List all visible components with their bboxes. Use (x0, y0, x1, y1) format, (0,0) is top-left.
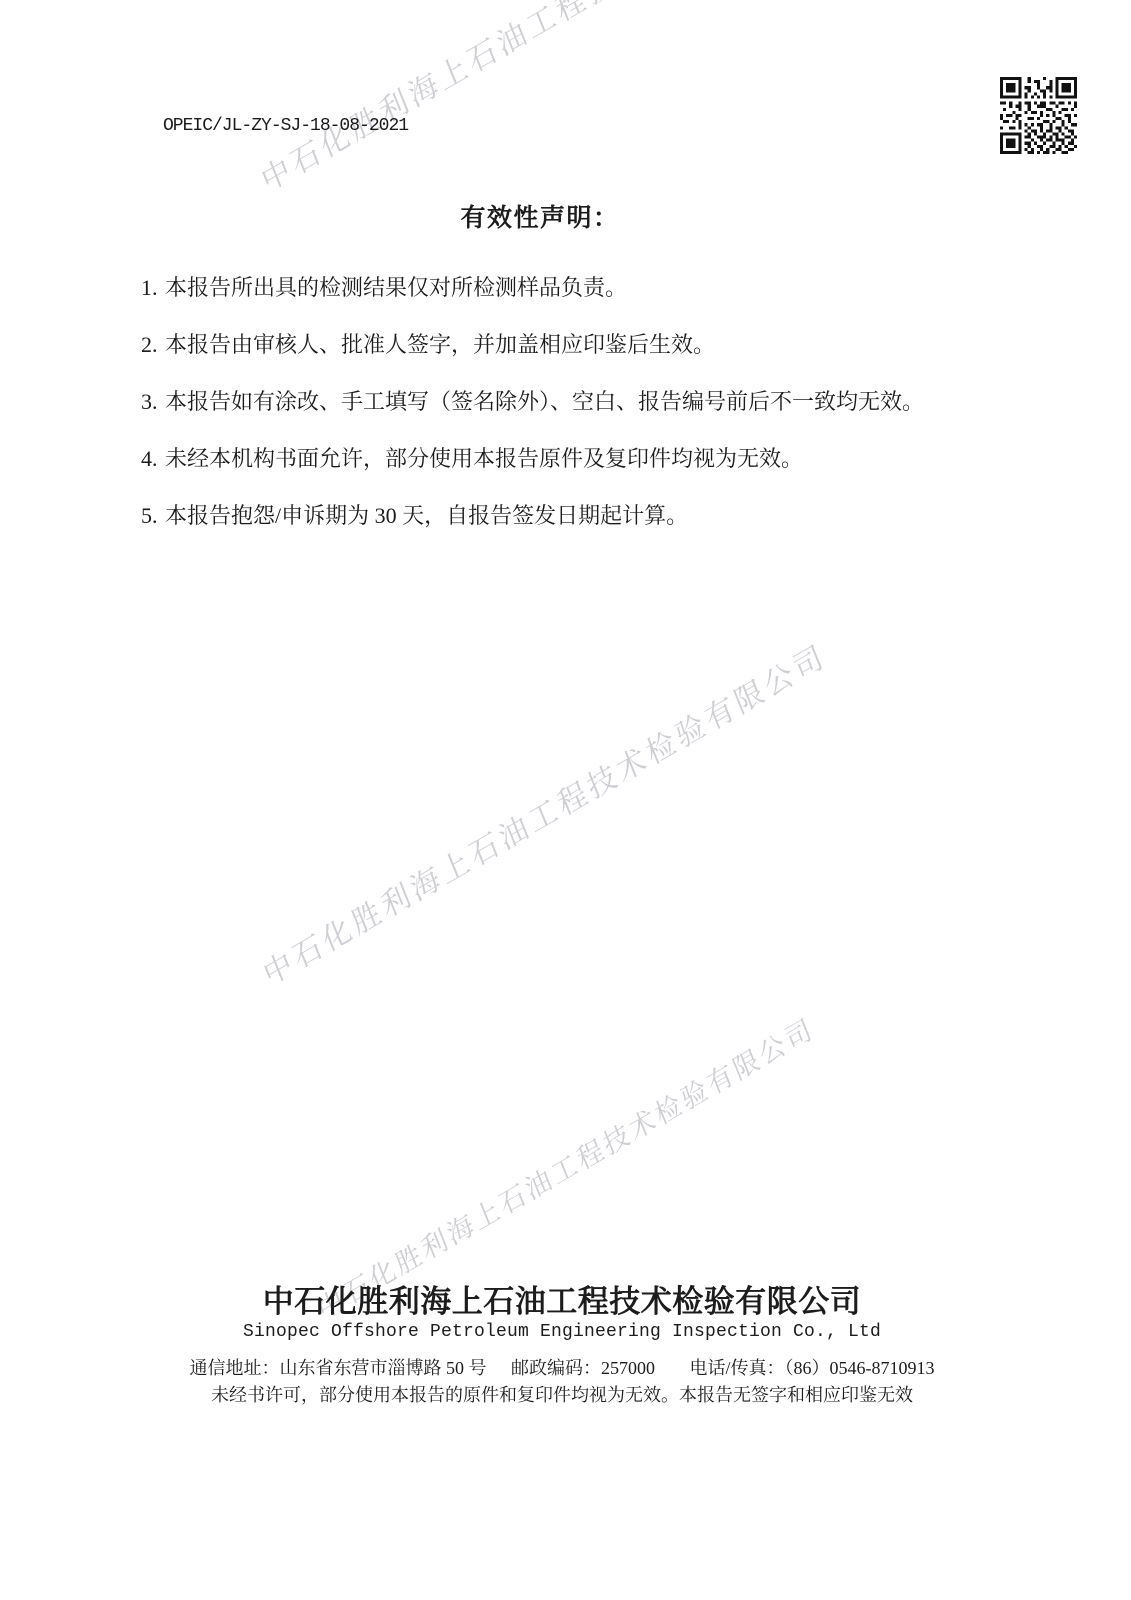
statement-number: 2. (141, 330, 165, 359)
company-name-en: Sinopec Offshore Petroleum Engineering I… (0, 1320, 1124, 1345)
document-code: OPEIC/JL-ZY-SJ-18-08-2021 (163, 116, 408, 136)
contact-line: 通信地址：山东省东营市淄博路 50 号 邮政编码：257000 电话/传真：（8… (0, 1356, 1124, 1380)
statement-item: 1. 本报告所出具的检测结果仅对所检测样品负责。 (141, 273, 1021, 302)
statement-text: 本报告由审核人、批准人签字，并加盖相应印鉴后生效。 (165, 330, 1021, 359)
watermark-diagonal-bottom: 中石化胜利海上石油工程技术检验有限公司 (311, 1006, 819, 1328)
phone-value: （86）0546-8710913 (785, 1358, 935, 1378)
statement-text: 未经本机构书面允许，部分使用本报告原件及复印件均视为无效。 (165, 444, 1021, 473)
statement-number: 5. (141, 501, 165, 530)
address-value: 山东省东营市淄博路 50 号 (279, 1358, 486, 1378)
footer-block: 中石化胜利海上石油工程技术检验有限公司 Sinopec Offshore Pet… (0, 1283, 1124, 1408)
statement-number: 4. (141, 444, 165, 473)
qr-code-icon (1000, 77, 1077, 154)
statement-item: 5. 本报告抱怨/申诉期为 30 天，自报告签发日期起计算。 (141, 501, 1021, 530)
statement-item: 3. 本报告如有涂改、手工填写（签名除外）、空白、报告编号前后不一致均无效。 (141, 387, 1021, 416)
statements-list: 1. 本报告所出具的检测结果仅对所检测样品负责。 2. 本报告由审核人、批准人签… (141, 273, 1021, 558)
phone-label: 电话/传真： (689, 1358, 784, 1378)
page-title: 有效性声明： (0, 198, 1080, 234)
address-label: 通信地址： (189, 1358, 279, 1378)
statement-number: 1. (141, 273, 165, 302)
watermark-diagonal-middle: 中石化胜利海上石油工程技术检验有限公司 (256, 630, 832, 994)
statement-text: 本报告所出具的检测结果仅对所检测样品负责。 (165, 273, 1021, 302)
statement-item: 2. 本报告由审核人、批准人签字，并加盖相应印鉴后生效。 (141, 330, 1021, 359)
statement-text: 本报告抱怨/申诉期为 30 天，自报告签发日期起计算。 (165, 501, 1021, 530)
watermark-diagonal-top: 中石化胜利海上石油工程技术检验有限公司 (254, 0, 830, 201)
statement-number: 3. (141, 387, 165, 416)
report-page: 中石化胜利海上石油工程技术检验有限公司 中石化胜利海上石油工程技术检验有限公司 … (0, 0, 1131, 1600)
notice-line: 未经书许可，部分使用本报告的原件和复印件均视为无效。本报告无签字和相应印鉴无效 (0, 1383, 1124, 1408)
company-name-cn: 中石化胜利海上石油工程技术检验有限公司 (0, 1283, 1124, 1320)
statement-item: 4. 未经本机构书面允许，部分使用本报告原件及复印件均视为无效。 (141, 444, 1021, 473)
postcode-label: 邮政编码： (511, 1358, 601, 1378)
postcode-value: 257000 (601, 1358, 655, 1378)
statement-text: 本报告如有涂改、手工填写（签名除外）、空白、报告编号前后不一致均无效。 (165, 387, 1021, 416)
